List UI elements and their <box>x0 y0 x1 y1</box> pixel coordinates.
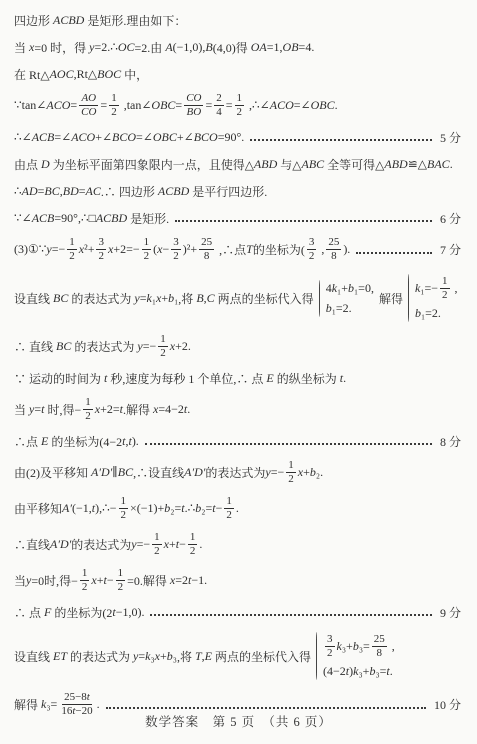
page-footer-text: 数学答案 第 5 页 （共 6 页） <box>145 715 332 729</box>
math-variable: b₂ <box>195 501 205 516</box>
text-run: 秒,速度为每秒 1 个单位,∴ 点 <box>107 370 266 387</box>
text-run: ,将 <box>177 648 195 665</box>
text-run: 时,得− <box>44 401 81 418</box>
text-run: =− <box>52 242 66 257</box>
fraction: 12 <box>286 459 296 485</box>
document-content: 四边形 ACBD 是矩形.理由如下：当 x=0 时，得 y=2.∴OC=2.由 … <box>14 8 463 721</box>
answer-line: 在 Rt△AOC,Rt△BOC 中， <box>14 62 463 86</box>
math-variable: b₁ <box>168 291 178 306</box>
math-variable: T <box>246 242 253 257</box>
text-run: =− <box>137 537 151 552</box>
fraction-denominator: 2 <box>235 106 245 119</box>
math-variable: ACBD <box>96 211 127 226</box>
text-run: ×(−1)+ <box>130 501 164 516</box>
text-run: ,∴点 <box>216 241 246 258</box>
math-variable: BC <box>118 465 133 480</box>
fraction-denominator: 2 <box>67 250 77 263</box>
answer-line: ∴点 E 的坐标为(4−2t,t).8 分 <box>14 429 463 453</box>
math-variable: OC <box>118 40 135 55</box>
fraction-numerator: 1 <box>116 567 126 581</box>
math-variable: T <box>195 649 202 664</box>
fraction-numerator: 1 <box>158 333 168 347</box>
text-run: =2. <box>425 306 441 321</box>
answer-line: 当 y=t 时,得−12x+2=t.解得 x=4−2t. <box>14 393 463 426</box>
text-run: ∴ 点 <box>14 604 44 621</box>
fraction-denominator: 2 <box>158 347 168 360</box>
text-run: =90°. <box>218 130 245 145</box>
system-row: b₁=2. <box>415 306 458 321</box>
fraction: 32 <box>307 236 317 262</box>
text-run: 四边形 <box>14 12 53 29</box>
text-run: 当 <box>14 572 26 589</box>
math-variable: A′D′ <box>91 465 112 480</box>
fraction: 12 <box>158 333 168 359</box>
fraction-numerator: 1 <box>224 495 234 509</box>
text-run: + <box>363 664 370 679</box>
text-run: ,tan∠ <box>121 98 152 113</box>
dotted-leader <box>356 252 432 254</box>
fraction: 12 <box>235 92 245 118</box>
text-run: +∠ <box>95 130 112 145</box>
math-variable: b₃ <box>353 639 363 654</box>
fraction-numerator: 1 <box>286 459 296 473</box>
fraction-numerator: CO <box>184 92 203 106</box>
math-variable: ACBD <box>158 184 189 199</box>
text-run: =0时,得− <box>31 572 78 589</box>
fraction-numerator: 1 <box>142 236 152 250</box>
text-run: = <box>205 98 212 113</box>
text-run: = <box>363 639 370 654</box>
text-run: =∠ <box>294 98 311 113</box>
text-run: 解得 <box>379 290 403 307</box>
math-variable: BC <box>56 339 71 354</box>
text-run: ,将 <box>178 290 196 307</box>
math-variable: D <box>41 157 50 172</box>
math-variable: A′D′ <box>50 537 71 552</box>
text-run: + <box>346 639 353 654</box>
text-run: ,∴∠ <box>246 98 270 113</box>
text-run: 的表达式为 <box>67 648 133 665</box>
text-run: .∴ <box>185 501 196 516</box>
math-variable: E <box>41 434 48 449</box>
text-run: = <box>226 98 233 113</box>
fraction-denominator: BO <box>185 106 204 119</box>
math-variable: BC <box>53 291 68 306</box>
text-run: =2.∴ <box>94 40 117 55</box>
equation-system: 32k₃+b₃=258 ,(4−2t)k₃+b₃=t. <box>316 631 395 681</box>
equation-system: 4k₁+b₁=0,b₁=2. <box>319 279 374 318</box>
page-footer: 数学答案 第 5 页 （共 6 页） <box>0 712 477 730</box>
text-run: =4. <box>299 40 315 55</box>
fraction-numerator: 25 <box>326 236 341 250</box>
math-variable: OBC <box>153 130 177 145</box>
fraction-denominator: 2 <box>188 545 198 558</box>
text-run: 的表达式为 <box>71 536 131 553</box>
dotted-leader <box>145 443 432 445</box>
fraction: 12 <box>109 92 119 118</box>
score-marker: 10 分 <box>434 696 463 713</box>
math-variable: ACB <box>32 130 55 145</box>
fraction: 12 <box>116 567 126 593</box>
math-variable: x² <box>79 242 88 257</box>
text-run: ,∴设直线 <box>133 464 184 481</box>
text-run: =0 时，得 <box>34 39 89 56</box>
fraction-denominator: 2 <box>440 289 450 302</box>
text-run: . <box>199 537 202 552</box>
text-run: (−1,0), <box>173 40 206 55</box>
fraction: 12 <box>152 531 162 557</box>
fraction: 12 <box>188 531 198 557</box>
answer-line: ∴∠ACB=∠ACO+∠BCO=∠OBC+∠BCO=90°.5 分 <box>14 125 463 149</box>
text-run: + <box>161 291 168 306</box>
text-run: =2 <box>175 573 188 588</box>
text-run: ∵∠ <box>14 211 32 226</box>
math-variable: A <box>165 40 172 55</box>
text-run: 当 <box>14 401 29 418</box>
text-run: 全等可得△ <box>324 156 384 173</box>
text-run: 在 Rt△ <box>14 66 50 83</box>
text-run: . <box>97 697 100 712</box>
answer-line: 设直线 BC 的表达式为 y=k₁x+b₁,将 B,C 两点的坐标代入得4k₁+… <box>14 269 463 327</box>
text-run: = <box>175 98 182 113</box>
dotted-leader <box>250 139 432 141</box>
text-run: 设直线 <box>14 648 53 665</box>
text-run: −1,0). <box>116 605 145 620</box>
text-run: 是平行四边形. <box>189 183 267 200</box>
math-variable: ABD <box>384 157 407 172</box>
answer-line: ∵tan∠ACO=AOCO=12 ,tan∠OBC=COBO=24=12 ,∴∠… <box>14 89 463 122</box>
system-row: b₁=2. <box>326 301 374 316</box>
text-run: 为坐标平面第四象限内一点，且使得△ <box>50 156 254 173</box>
fraction: 258 <box>326 236 341 262</box>
answer-line: ∵ 运动的时间为 t 秒,速度为每秒 1 个单位,∴ 点 E 的纵坐标为 t. <box>14 366 463 390</box>
fraction-denominator: CO <box>79 106 98 119</box>
text-run: 由点 <box>14 156 41 173</box>
text-run: −1. <box>191 573 207 588</box>
text-run: = <box>100 98 107 113</box>
text-run: =− <box>143 339 157 354</box>
fraction-numerator: 2 <box>214 92 224 106</box>
text-run: +∠ <box>177 130 194 145</box>
text-run: 两点的坐标代入得 <box>212 648 311 665</box>
math-variable: BCO <box>194 130 218 145</box>
fraction: 258 <box>372 633 387 659</box>
text-run: 设直线 <box>14 290 53 307</box>
text-run: = <box>140 291 147 306</box>
text-run: = <box>70 98 77 113</box>
math-variable: AC <box>86 184 101 199</box>
fraction-denominator: 8 <box>202 250 212 263</box>
math-variable: b₁ <box>415 306 425 321</box>
math-variable: A′ <box>62 501 72 516</box>
text-run: = <box>38 184 45 199</box>
system-row: k₁=−12 , <box>415 275 458 301</box>
text-run: + <box>169 537 176 552</box>
text-run: + <box>341 281 348 296</box>
document-page: 四边形 ACBD 是矩形.理由如下：当 x=0 时，得 y=2.∴OC=2.由 … <box>0 0 477 744</box>
text-run: 两点的坐标代入得 <box>215 290 314 307</box>
text-run: 是矩形. <box>127 210 169 227</box>
text-run: (4−2 <box>323 664 346 679</box>
fraction-denominator: 8 <box>329 250 339 263</box>
fraction-numerator: 1 <box>188 531 198 545</box>
dotted-leader <box>150 614 432 616</box>
math-variable: OB <box>283 40 299 55</box>
fraction-denominator: 2 <box>83 410 93 423</box>
text-run: 由平移知 <box>14 500 62 517</box>
answer-line: 当 x=0 时，得 y=2.∴OC=2.由 A(−1,0),B(4,0)得 OA… <box>14 35 463 59</box>
answer-line: 当y=0时,得−12x+t−12=0.解得 x=2t−1. <box>14 564 463 597</box>
math-variable: ACB <box>32 211 55 226</box>
text-run: ). <box>132 434 139 449</box>
math-variable: F <box>44 605 51 620</box>
fraction-denominator: 2 <box>307 250 317 263</box>
text-run: =0, <box>358 281 374 296</box>
fraction: 32 <box>325 633 335 659</box>
math-variable: AOC <box>50 67 74 82</box>
text-run: + <box>303 465 310 480</box>
fraction: 32 <box>171 236 181 262</box>
math-variable: E <box>205 649 212 664</box>
text-run: − <box>179 537 186 552</box>
answer-line: ∵∠ACB=90°,∴□ACBD 是矩形.6 分 <box>14 206 463 230</box>
answer-line: ∴AD=BC,BD=AC.∴ 四边形 ACBD 是平行四边形. <box>14 179 463 203</box>
text-run: = <box>138 649 145 664</box>
fraction: 12 <box>119 495 129 521</box>
text-run: , <box>389 639 395 654</box>
answer-line: 由(2)及平移知 A′D′∥BC,∴设直线A′D′的表达式为y=−12x+b₂. <box>14 456 463 489</box>
text-run: =2.由 <box>135 39 166 56</box>
fraction-numerator: 1 <box>235 92 245 106</box>
math-variable: OA <box>251 40 267 55</box>
math-variable: BC <box>44 184 59 199</box>
fraction-numerator: 3 <box>325 633 335 647</box>
text-run: =∠ <box>136 130 153 145</box>
fraction-denominator: 2 <box>325 647 335 660</box>
text-run: 的坐标为( <box>253 241 305 258</box>
text-run: 中， <box>121 66 148 83</box>
math-variable: E <box>266 371 273 386</box>
text-run: 的纵坐标为 <box>274 370 340 387</box>
math-variable: ACO <box>46 98 70 113</box>
fraction-numerator: AO <box>79 92 98 106</box>
text-run: 是矩形.理由如下： <box>84 12 186 29</box>
text-run: ∵ 运动的时间为 <box>14 370 104 387</box>
text-run: . <box>390 664 393 679</box>
text-run: 的坐标为(4−2 <box>48 433 122 450</box>
system-row: (4−2t)k₃+b₃=t. <box>323 664 395 679</box>
answer-line: 由点 D 为坐标平面第四象限内一点，且使得△ABD 与△ABC 全等可得△ABD… <box>14 152 463 176</box>
text-run: ∴ <box>14 184 22 199</box>
score-marker: 9 分 <box>440 604 463 621</box>
fraction-denominator: 2 <box>116 581 126 594</box>
fraction: 12 <box>67 236 77 262</box>
text-run: =1, <box>267 40 283 55</box>
text-run: + <box>88 242 95 257</box>
math-variable: ACBD <box>53 13 84 28</box>
math-variable: k₁x <box>146 291 161 306</box>
math-variable: k₃ <box>353 664 363 679</box>
fraction: 258 <box>199 236 214 262</box>
text-run: ). <box>343 242 350 257</box>
fraction-numerator: 1 <box>119 495 129 509</box>
text-run: . <box>320 465 323 480</box>
text-run: ,Rt△ <box>74 67 98 82</box>
text-run: 的表达式为 <box>205 464 265 481</box>
text-run: (4,0)得 <box>213 39 251 56</box>
text-run: +2=− <box>113 242 139 257</box>
fraction-numerator: 3 <box>96 236 106 250</box>
text-run: 当 <box>14 39 29 56</box>
text-run: .解得 <box>123 401 153 418</box>
fraction: 32 <box>96 236 106 262</box>
fraction-denominator: 2 <box>96 250 106 263</box>
text-run: 由(2)及平移知 <box>14 464 91 481</box>
text-run: . <box>335 98 338 113</box>
text-run: 与△ <box>277 156 301 173</box>
fraction-numerator: 3 <box>171 236 181 250</box>
math-variable: OBC <box>151 98 175 113</box>
text-run: = <box>79 184 86 199</box>
fraction: 24 <box>214 92 224 118</box>
text-run: 的表达式为 <box>71 338 137 355</box>
text-run: = <box>51 697 58 712</box>
text-run: − <box>216 501 223 516</box>
fraction-denominator: 2 <box>119 509 129 522</box>
system-row: 4k₁+b₁=0, <box>326 281 374 296</box>
math-variable: B <box>196 291 203 306</box>
math-variable: ET <box>53 649 67 664</box>
answer-line: 设直线 ET 的表达式为 y=k₃x+b₃,将 T,E 两点的坐标代入得32k₃… <box>14 627 463 685</box>
math-variable: b₃ <box>369 664 379 679</box>
equation-system: k₁=−12 ,b₁=2. <box>408 273 458 323</box>
fraction: 12 <box>224 495 234 521</box>
text-run: . <box>343 371 346 386</box>
text-run: =0.解得 <box>127 572 170 589</box>
text-run: =4−2 <box>158 402 184 417</box>
text-run: . <box>450 157 453 172</box>
fraction-denominator: 2 <box>286 473 296 486</box>
text-run: = <box>205 501 212 516</box>
text-run: , <box>452 281 458 296</box>
math-variable: b₃ <box>167 649 177 664</box>
score-marker: 5 分 <box>440 129 463 146</box>
text-run: ∴∠ <box>14 130 32 145</box>
text-run: ∵tan∠ <box>14 98 46 113</box>
fraction-denominator: 2 <box>80 581 90 594</box>
text-run: =− <box>424 281 438 296</box>
math-variable: BAC <box>427 157 450 172</box>
math-variable: ACO <box>270 98 294 113</box>
text-run: = <box>174 501 181 516</box>
math-variable: AD <box>22 184 38 199</box>
text-run: = <box>380 664 387 679</box>
math-variable: A′D′ <box>184 465 205 480</box>
dotted-leader <box>106 707 426 709</box>
fraction: 12 <box>440 275 450 301</box>
text-run: 的坐标为(2 <box>51 604 112 621</box>
fraction-denominator: 2 <box>109 106 119 119</box>
fraction-numerator: 1 <box>83 396 93 410</box>
text-run: +2. <box>175 339 191 354</box>
text-run: + <box>97 573 104 588</box>
math-variable: b₂ <box>164 501 174 516</box>
text-run: ∴直线 <box>14 536 50 553</box>
answer-line: ∴直线A′D′的表达式为y=−12x+t−12. <box>14 528 463 561</box>
math-variable: ABC <box>301 157 324 172</box>
text-run: (3)①∵ <box>14 242 46 257</box>
text-run: ∴点 <box>14 433 41 450</box>
text-run: = <box>34 402 41 417</box>
fraction-numerator: 25 <box>199 236 214 250</box>
answer-line: ∴ 点 F 的坐标为(2t−1,0).9 分 <box>14 600 463 624</box>
answer-line: 由平移知A′(−1,t),∴−12×(−1)+b₂=t.∴b₂=t−12. <box>14 492 463 525</box>
math-variable: ACO <box>71 130 95 145</box>
text-run: ≌△ <box>408 157 427 172</box>
fraction-numerator: 1 <box>152 531 162 545</box>
text-run: 的表达式为 <box>68 290 134 307</box>
math-variable: BOC <box>97 67 121 82</box>
fraction-numerator: 1 <box>80 567 90 581</box>
system-row: 32k₃+b₃=258 , <box>323 633 395 659</box>
score-marker: 6 分 <box>440 210 463 227</box>
text-run: . <box>187 402 190 417</box>
dotted-leader <box>175 220 432 222</box>
text-run: =− <box>271 465 285 480</box>
fraction-denominator: 2 <box>171 250 181 263</box>
math-variable: OBC <box>311 98 335 113</box>
text-run: − <box>162 242 169 257</box>
fraction-numerator: 1 <box>440 275 450 289</box>
text-run: )²+ <box>183 242 197 257</box>
answer-line: ∴ 直线 BC 的表达式为 y=−12x+2. <box>14 330 463 363</box>
fraction-denominator: 2 <box>224 509 234 522</box>
math-variable: k₃ <box>337 639 347 654</box>
math-variable: k₃ <box>41 697 51 712</box>
answer-line: 四边形 ACBD 是矩形.理由如下： <box>14 8 463 32</box>
fraction-numerator: 3 <box>307 236 317 250</box>
math-variable: k₃x <box>145 649 160 664</box>
text-run: . <box>236 501 239 516</box>
math-variable: BD <box>63 184 79 199</box>
fraction-numerator: 25 <box>372 633 387 647</box>
fraction-denominator: 8 <box>375 647 385 660</box>
text-run: − <box>107 573 114 588</box>
score-marker: 8 分 <box>440 433 463 450</box>
fraction-numerator: 1 <box>67 236 77 250</box>
text-run: ),∴− <box>95 501 116 516</box>
text-run: 解得 <box>14 696 41 713</box>
math-variable: BCO <box>112 130 136 145</box>
math-variable: b₁ <box>326 301 336 316</box>
fraction: 12 <box>142 236 152 262</box>
math-variable: C <box>207 291 215 306</box>
text-run: .∴ 四边形 <box>101 183 158 200</box>
text-run: ∴ 直线 <box>14 338 56 355</box>
math-variable: k₁ <box>332 281 342 296</box>
math-variable: b₂ <box>310 465 320 480</box>
fraction: AOCO <box>79 92 98 118</box>
text-run: =2. <box>336 301 352 316</box>
text-run: + <box>160 649 167 664</box>
fraction: 12 <box>80 567 90 593</box>
text-run: +2= <box>100 402 120 417</box>
text-run: (−1, <box>72 501 92 516</box>
fraction: 12 <box>83 396 93 422</box>
fraction-denominator: 4 <box>214 106 224 119</box>
answer-line: (3)①∵y=−12x²+32x+2=−12(x−32)²+258 ,∴点T的坐… <box>14 233 463 266</box>
math-variable: B <box>205 40 212 55</box>
